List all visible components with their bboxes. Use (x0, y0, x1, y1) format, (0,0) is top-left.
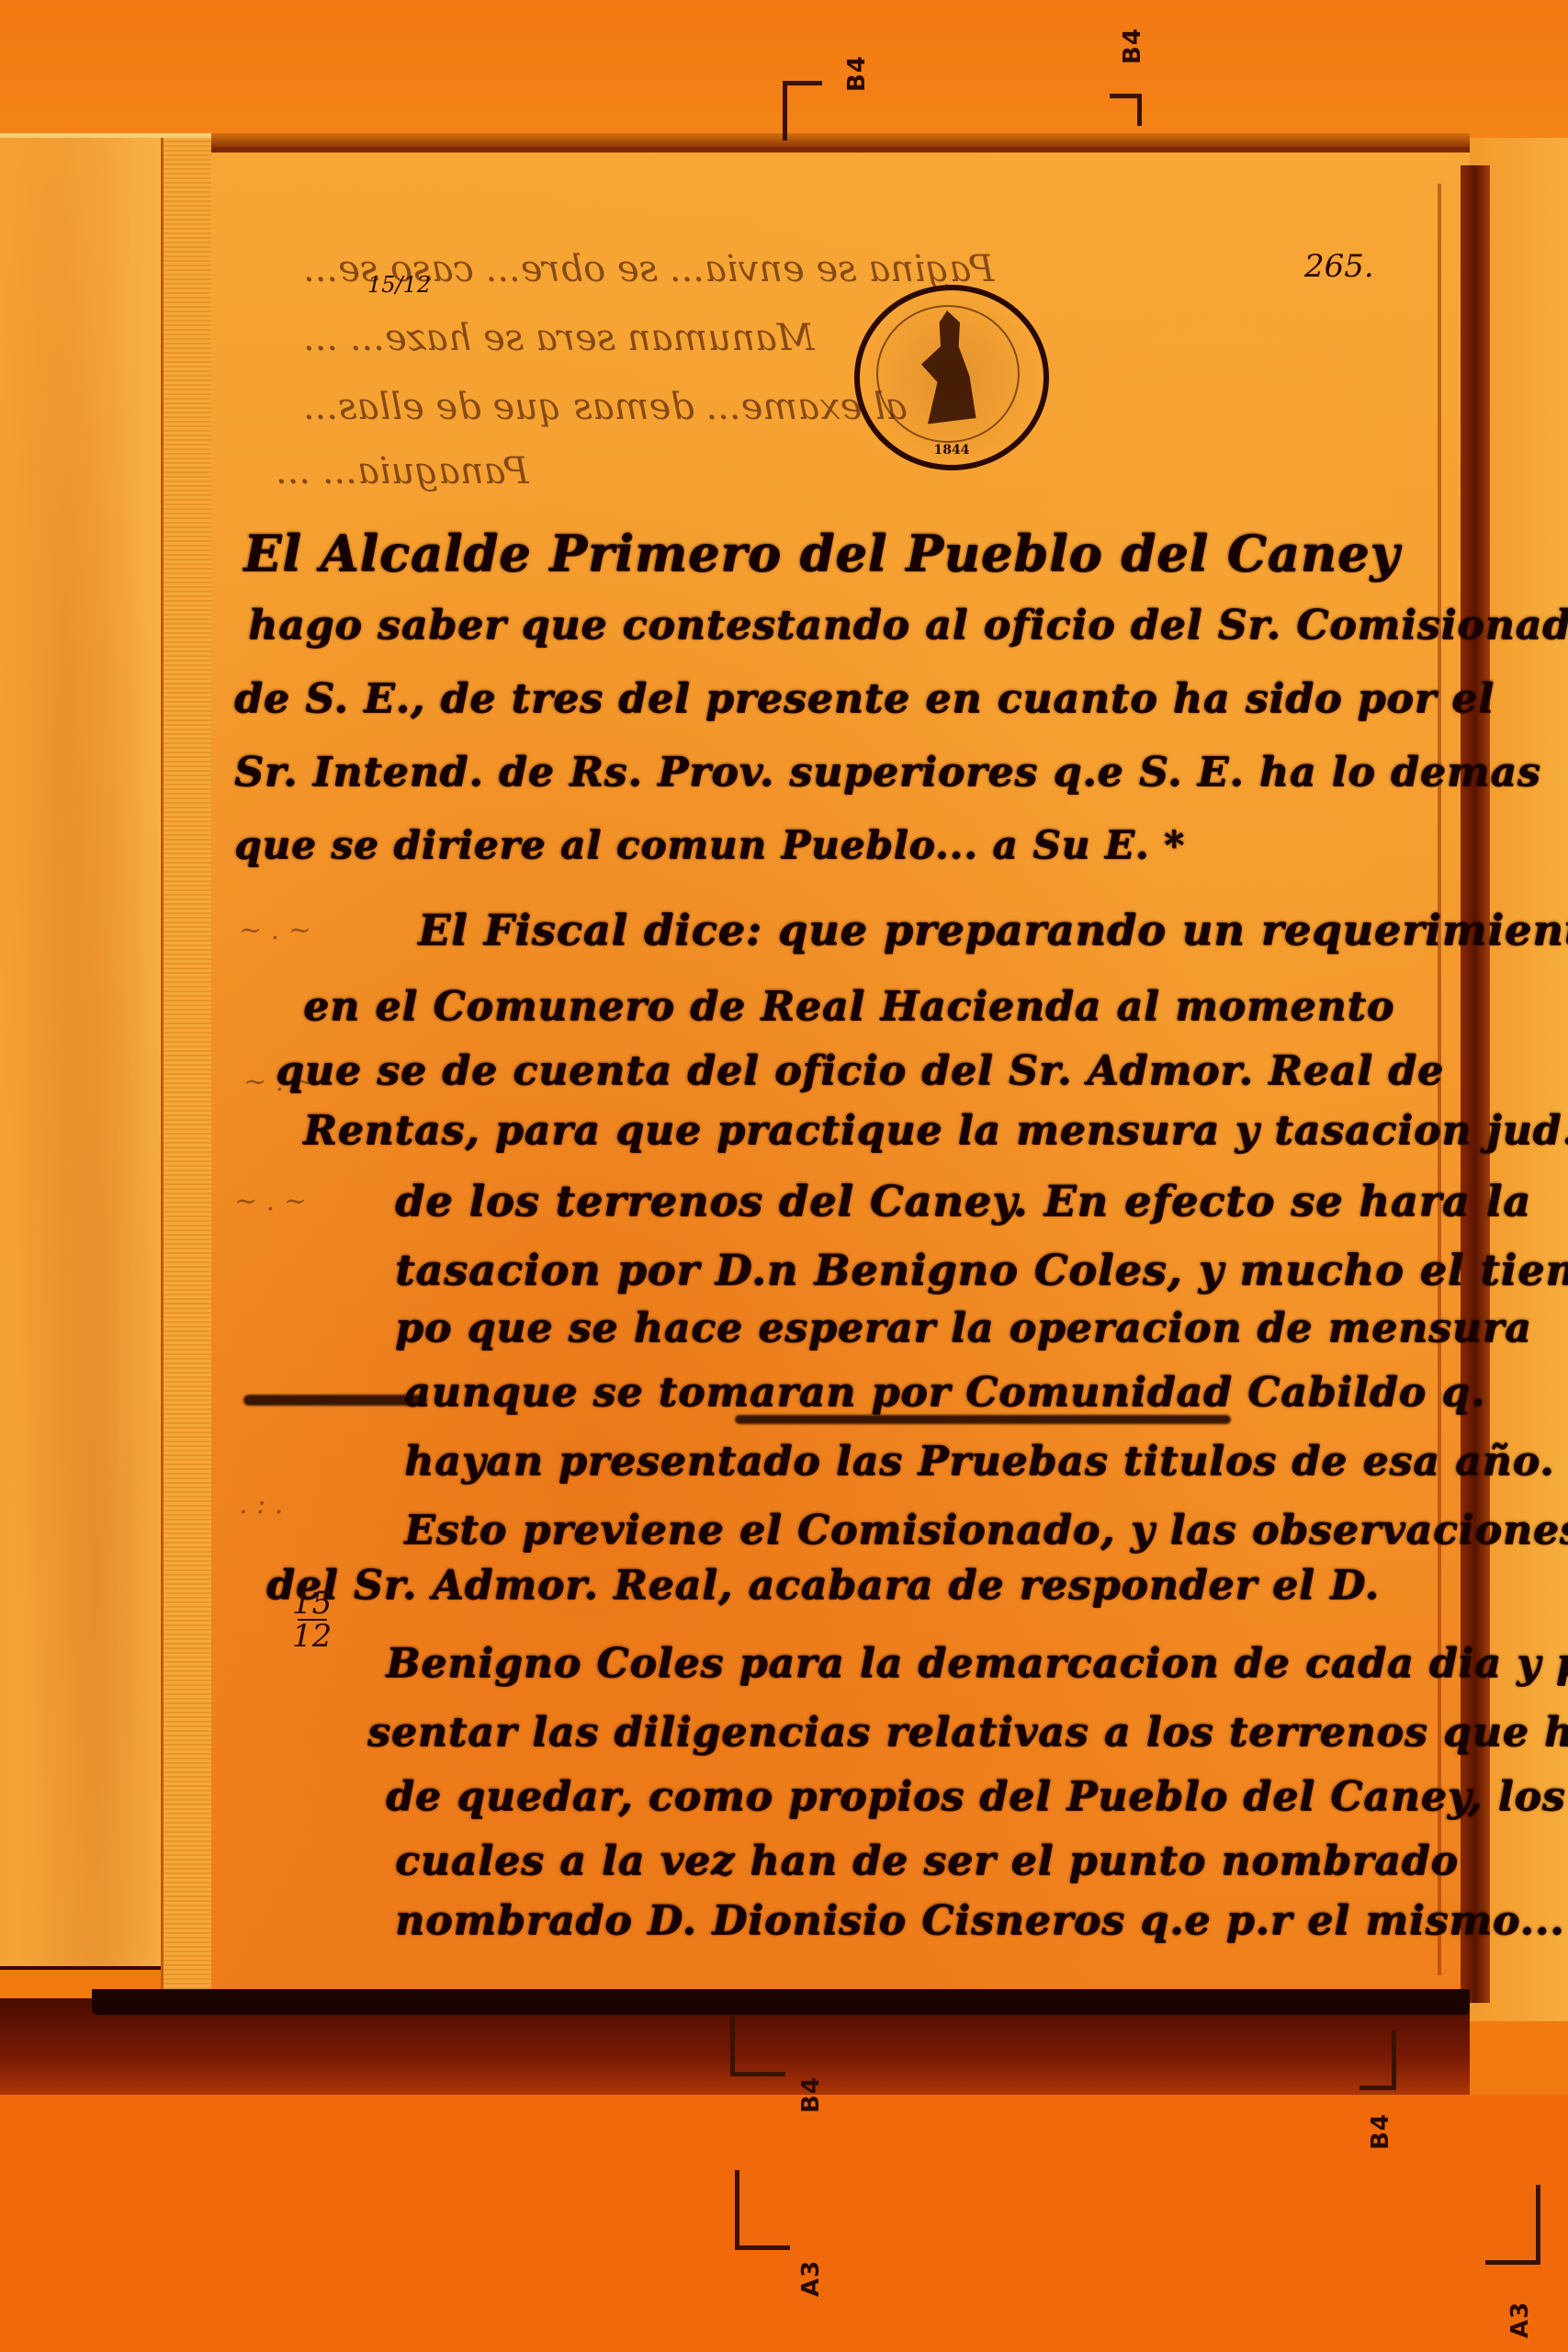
crop-mark-bottom-right-inner (1359, 2030, 1396, 2090)
crop-mark-bottom-left-inner (730, 2017, 785, 2076)
manuscript-line-8: que se de cuenta del oficio del Sr. Admo… (276, 1047, 1444, 1094)
manuscript-line-3: de S. E., de tres del presente en cuanto… (234, 675, 1495, 722)
manuscript-line-21: nombrado D. Dionisio Cisneros q.e p.r el… (395, 1897, 1564, 1944)
bleed-through-margin-fraction: 15/12 (367, 276, 431, 294)
manuscript-line-18: sentar las diligencias relativas a los t… (367, 1709, 1568, 1756)
ink-strike-line (735, 1415, 1231, 1424)
margin-fraction-top: 15 (292, 1585, 332, 1622)
seal-year: 1844 (860, 443, 1043, 458)
crop-mark-top-right (1110, 94, 1142, 126)
manuscript-line-7: en el Comunero de Real Hacienda al momen… (303, 983, 1394, 1030)
page-bottom-edge (92, 1989, 1470, 2015)
manuscript-line-16: del Sr. Admor. Real, acabara de responde… (266, 1562, 1380, 1609)
manuscript-line-9: Rentas, para que practique la mensura y … (303, 1107, 1568, 1154)
bleed-through-line: Manuman sera se haze... ... (303, 317, 815, 359)
manuscript-line-19: de quedar, como propios del Pueblo del C… (386, 1773, 1565, 1820)
margin-ghost-mark: ~ . ~ (239, 914, 311, 946)
crop-label-bottom-left-inner: B4 (797, 2076, 825, 2113)
crop-label-bottom-left-outer: A3 (797, 2260, 825, 2297)
crop-label-top-right: B4 (1119, 28, 1146, 64)
manuscript-line-13: aunque se tomaran por Comunidad Cabildo … (404, 1369, 1485, 1416)
bleed-through-line: Panaguia... ... (276, 450, 529, 492)
binding-gutter (161, 138, 219, 1994)
margin-ghost-mark: ~ . ~ (243, 1066, 316, 1098)
manuscript-line-20: cuales a la vez han de ser el punto nomb… (395, 1837, 1459, 1884)
manuscript-line-6: El Fiscal dice: que preparando un requer… (418, 905, 1568, 955)
crop-label-bottom-right-inner: B4 (1367, 2113, 1394, 2150)
manuscript-line-10: de los terrenos del Caney. En efecto se … (395, 1176, 1531, 1226)
manuscript-line-1: El Alcalde Primero del Pueblo del Caney (243, 524, 1400, 582)
folio-number: 265. (1304, 248, 1374, 285)
bleed-through-line: al exame... demas que de ellas... (303, 386, 908, 428)
manuscript-line-17: Benigno Coles para la demarcacion de cad… (386, 1640, 1568, 1687)
crop-mark-bottom-left-outer (735, 2170, 790, 2250)
bleed-fraction-value: 15/12 (367, 272, 431, 298)
margin-fraction-bottom: 12 (292, 1618, 332, 1655)
manuscript-line-12: po que se hace esperar la operacion de m… (395, 1305, 1531, 1351)
crop-label-top-left: B4 (843, 55, 871, 92)
margin-ghost-mark: . : . (239, 1488, 283, 1521)
margin-ghost-mark: ~ . ~ (234, 1185, 307, 1217)
manuscript-line-2: hago saber que contestando al oficio del… (248, 602, 1568, 649)
manuscript-line-5: que se diriere al comun Pueblo... a Su E… (234, 822, 1185, 867)
crop-label-bottom-right-outer: A3 (1506, 2301, 1534, 2338)
manuscript-line-11: tasacion por D.n Benigno Coles, y mucho … (395, 1245, 1568, 1295)
manuscript-line-14: hayan presentado las Pruebas titulos de … (404, 1438, 1554, 1485)
ink-strike-line (243, 1395, 427, 1406)
crop-mark-top-left (783, 81, 822, 141)
manuscript-line-4: Sr. Intend. de Rs. Prov. superiores q.e … (234, 749, 1541, 796)
facing-page (0, 138, 161, 1970)
margin-fraction-note: 15 12 (292, 1589, 332, 1650)
manuscript-line-15: Esto previene el Comisionado, y las obse… (404, 1507, 1568, 1554)
crop-mark-bottom-right-outer (1485, 2185, 1540, 2265)
seal-stamp-icon: 1844 (854, 285, 1049, 470)
